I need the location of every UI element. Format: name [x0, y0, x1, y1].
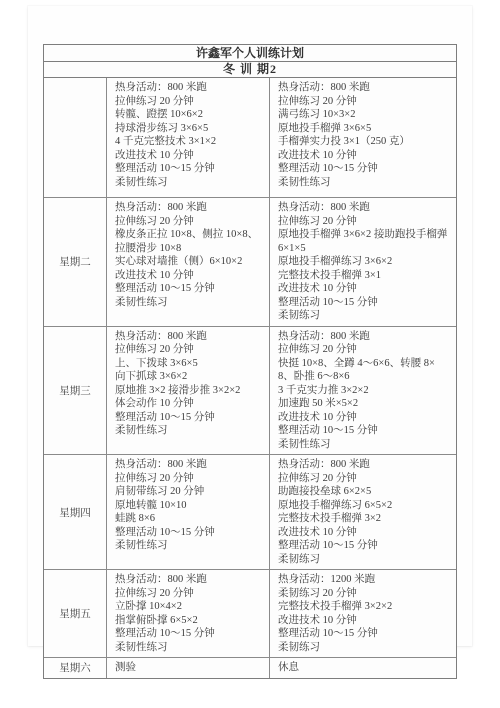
day-label: 星期二 — [44, 198, 107, 326]
plan-line: 热身活动：800 米跑 — [115, 330, 263, 344]
plan-line: 整理活动 10～15 分钟 — [278, 296, 450, 310]
plan-line: 原地推 3×2 接滑步推 3×2×2 — [115, 384, 263, 398]
plan-line: 拉伸练习 20 分钟 — [115, 343, 263, 357]
training-plan-cell: 休息 — [270, 658, 456, 678]
day-label: 星期三 — [44, 327, 107, 455]
plan-line: 改进技术 10 分钟 — [278, 526, 450, 540]
day-label: 星期五 — [44, 570, 107, 657]
plan-line: 柔韧性练习 — [278, 176, 450, 190]
plan-line: 热身活动：800 米跑 — [115, 573, 263, 587]
plan-line: 改进技术 10 分钟 — [278, 614, 450, 628]
training-plan-cell: 热身活动：800 米跑拉伸练习 20 分钟原地投手榴弹 3×6×2 接助跑投手榴… — [270, 198, 456, 326]
plan-line: 改进技术 10 分钟 — [278, 411, 450, 425]
plan-line: 整理活动 10～15 分钟 — [115, 282, 263, 296]
plan-line: 原地转髋 10×10 — [115, 499, 263, 513]
plan-line: 测验 — [115, 661, 263, 675]
plan-line: 持球滑步练习 3×6×5 — [115, 122, 263, 136]
plan-line: 改进技术 10 分钟 — [115, 149, 263, 163]
plan-line: 柔韧练习 — [278, 641, 450, 655]
plan-line: 整理活动 10～15 分钟 — [115, 162, 263, 176]
plan-line: 整理活动 10～15 分钟 — [115, 627, 263, 641]
training-plan-cell: 热身活动：800 米跑拉伸练习 20 分钟肩韧带练习 20 分钟原地转髋 10×… — [107, 455, 270, 569]
plan-line: 热身活动：800 米跑 — [278, 330, 450, 344]
plan-line: 热身活动：800 米跑 — [278, 201, 450, 215]
page-subtitle: 冬 训 期2 — [44, 62, 456, 78]
day-label: 星期四 — [44, 455, 107, 569]
training-plan-cell: 热身活动：800 米跑拉伸练习 20 分钟上、下拨球 3×6×5向下抓球 3×6… — [107, 327, 270, 455]
plan-line: 拉伸练习 20 分钟 — [115, 215, 263, 229]
plan-line: 热身活动：800 米跑 — [278, 81, 450, 95]
training-plan-cell: 热身活动：800 米跑拉伸练习 20 分钟快挺 10×8、全蹲 4～6×6、转腰… — [270, 327, 456, 455]
plan-line: 柔韧性练习 — [115, 296, 263, 310]
plan-line: 柔韧性练习 — [115, 539, 263, 553]
plan-line: 向下抓球 3×6×2 — [115, 370, 263, 384]
plan-line: 改进技术 10 分钟 — [115, 269, 263, 283]
plan-line: 转髋、蹬摆 10×6×2 — [115, 108, 263, 122]
plan-line: 整理活动 10～15 分钟 — [278, 424, 450, 438]
plan-line: 橡皮条正拉 10×8、侧拉 10×8、拉腰滑步 10×8 — [115, 228, 263, 255]
plan-line: 柔韧性练习 — [278, 438, 450, 452]
plan-line: 拉伸练习 20 分钟 — [115, 472, 263, 486]
table-row: 星期五 热身活动：800 米跑拉伸练习 20 分钟立卧撑 10×4×2指掌俯卧撑… — [44, 570, 456, 658]
plan-line: 柔韧性练习 — [115, 641, 263, 655]
plan-line: 蛙跳 8×6 — [115, 512, 263, 526]
training-plan-cell: 热身活动：800 米跑拉伸练习 20 分钟橡皮条正拉 10×8、侧拉 10×8、… — [107, 198, 270, 326]
plan-line: 拉伸练习 20 分钟 — [115, 587, 263, 601]
plan-line: 柔韧练习 — [278, 309, 450, 323]
training-plan-table: 许鑫军个人训练计划 冬 训 期2 热身活动：800 米跑拉伸练习 20 分钟转髋… — [43, 44, 457, 679]
plan-line: 立卧撑 10×4×2 — [115, 600, 263, 614]
plan-line: 拉伸练习 20 分钟 — [278, 215, 450, 229]
plan-line: 热身活动：800 米跑 — [115, 81, 263, 95]
plan-line: 实心球对墙推（侧）6×10×2 — [115, 255, 263, 269]
plan-line: 改进技术 10 分钟 — [278, 149, 450, 163]
plan-line: 助跑接投垒球 6×2×5 — [278, 485, 450, 499]
table-row: 星期二 热身活动：800 米跑拉伸练习 20 分钟橡皮条正拉 10×8、侧拉 1… — [44, 198, 456, 327]
plan-line: 完整技术投手榴弹 3×2×2 — [278, 600, 450, 614]
plan-line: 休息 — [278, 661, 450, 675]
table-row: 热身活动：800 米跑拉伸练习 20 分钟转髋、蹬摆 10×6×2持球滑步练习 … — [44, 78, 456, 198]
plan-line: 3 千克实力推 3×2×2 — [278, 384, 450, 398]
plan-line: 整理活动 10～15 分钟 — [278, 627, 450, 641]
plan-line: 拉伸练习 20 分钟 — [278, 95, 450, 109]
plan-line: 原地投手榴弹练习 3×6×2 — [278, 255, 450, 269]
plan-line: 拉伸练习 20 分钟 — [278, 343, 450, 357]
training-plan-cell: 热身活动：1200 米跑柔韧练习 20 分钟完整技术投手榴弹 3×2×2改进技术… — [270, 570, 456, 657]
plan-line: 肩韧带练习 20 分钟 — [115, 485, 263, 499]
plan-line: 原地投手榴弹 3×6×5 — [278, 122, 450, 136]
plan-line: 整理活动 10～15 分钟 — [278, 539, 450, 553]
plan-line: 热身活动：800 米跑 — [278, 458, 450, 472]
plan-line: 完整技术投手榴弹 3×2 — [278, 512, 450, 526]
plan-line: 拉伸练习 20 分钟 — [115, 95, 263, 109]
plan-line: 热身活动：800 米跑 — [115, 458, 263, 472]
plan-line: 手榴弹实力投 3×1（250 克） — [278, 135, 450, 149]
table-row: 星期三 热身活动：800 米跑拉伸练习 20 分钟上、下拨球 3×6×5向下抓球… — [44, 327, 456, 456]
plan-line: 整理活动 10～15 分钟 — [278, 162, 450, 176]
plan-line: 完整技术投手榴弹 3×1 — [278, 269, 450, 283]
plan-line: 快挺 10×8、全蹲 4～6×6、转腰 8×8、卧推 6～8×6 — [278, 357, 450, 384]
plan-line: 指掌俯卧撑 6×5×2 — [115, 614, 263, 628]
day-label — [44, 78, 107, 197]
plan-line: 改进技术 10 分钟 — [278, 282, 450, 296]
plan-line: 柔韧练习 — [278, 553, 450, 567]
page-title: 许鑫军个人训练计划 — [44, 45, 456, 62]
training-plan-cell: 热身活动：800 米跑拉伸练习 20 分钟转髋、蹬摆 10×6×2持球滑步练习 … — [107, 78, 270, 197]
plan-line: 整理活动 10～15 分钟 — [115, 411, 263, 425]
plan-line: 满弓练习 10×3×2 — [278, 108, 450, 122]
table-row: 星期六 测验 休息 — [44, 658, 456, 678]
plan-line: 热身活动：800 米跑 — [115, 201, 263, 215]
plan-line: 柔韧性练习 — [115, 424, 263, 438]
plan-line: 拉伸练习 20 分钟 — [278, 472, 450, 486]
day-label: 星期六 — [44, 658, 107, 678]
training-plan-cell: 热身活动：800 米跑拉伸练习 20 分钟满弓练习 10×3×2原地投手榴弹 3… — [270, 78, 456, 197]
plan-line: 柔韧性练习 — [115, 176, 263, 190]
training-plan-cell: 测验 — [107, 658, 270, 678]
plan-line: 加速跑 50 米×5×2 — [278, 397, 450, 411]
training-plan-cell: 热身活动：800 米跑拉伸练习 20 分钟立卧撑 10×4×2指掌俯卧撑 6×5… — [107, 570, 270, 657]
plan-line: 原地投手榴弹 3×6×2 接助跑投手榴弹 6×1×5 — [278, 228, 450, 255]
plan-line: 热身活动：1200 米跑 — [278, 573, 450, 587]
training-plan-cell: 热身活动：800 米跑拉伸练习 20 分钟助跑接投垒球 6×2×5原地投手榴弹练… — [270, 455, 456, 569]
plan-line: 柔韧练习 20 分钟 — [278, 587, 450, 601]
plan-line: 整理活动 10～15 分钟 — [115, 526, 263, 540]
plan-line: 原地投手榴弹练习 6×5×2 — [278, 499, 450, 513]
plan-line: 体会动作 10 分钟 — [115, 397, 263, 411]
table-row: 星期四 热身活动：800 米跑拉伸练习 20 分钟肩韧带练习 20 分钟原地转髋… — [44, 455, 456, 570]
plan-line: 4 千克完整技术 3×1×2 — [115, 135, 263, 149]
plan-line: 上、下拨球 3×6×5 — [115, 357, 263, 371]
